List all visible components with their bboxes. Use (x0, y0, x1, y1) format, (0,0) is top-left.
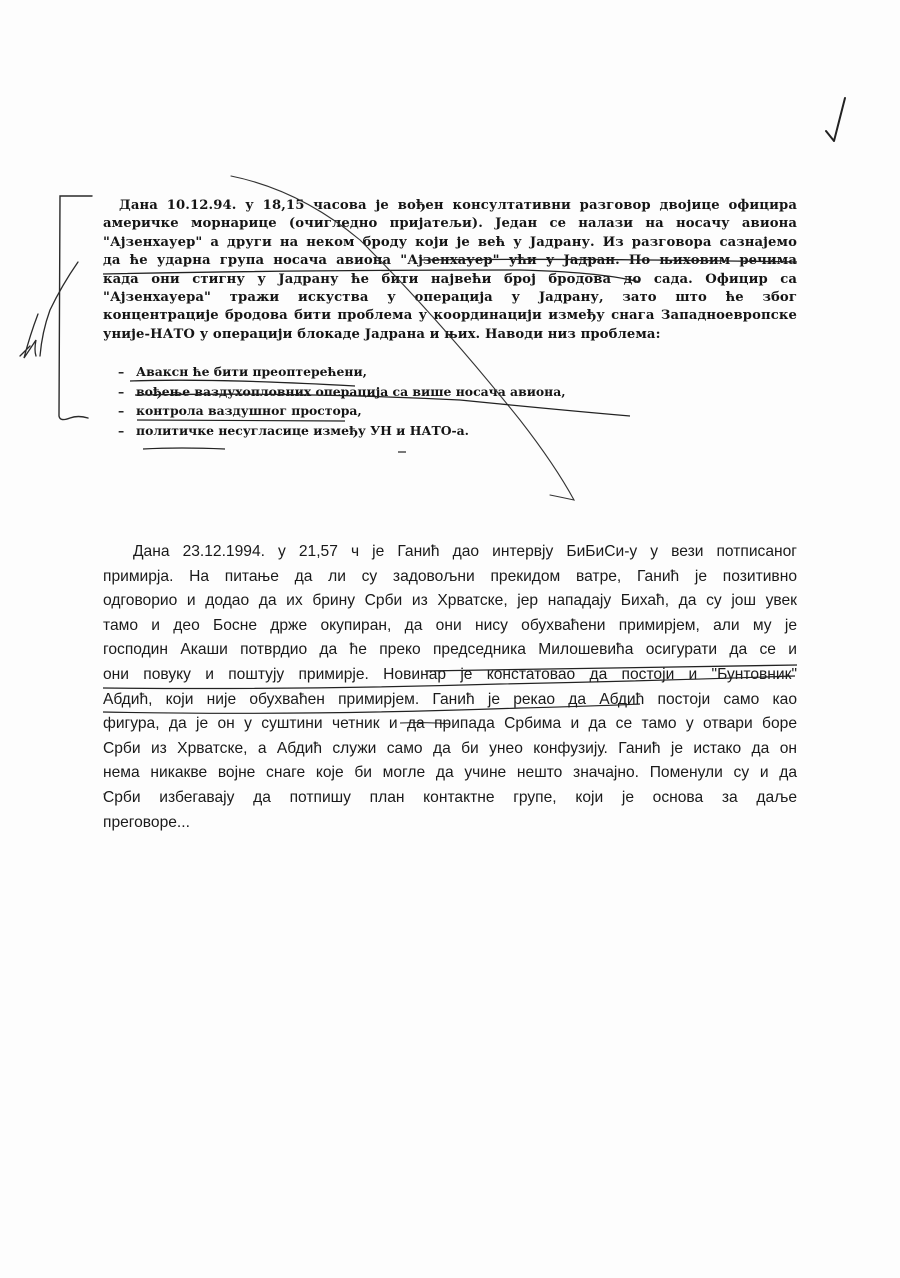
intercept-report-section-1: Дана 10.12.94. у 18,15 часова је вођен к… (103, 197, 797, 344)
text-line: Дана 10.12.94. у 18,15 часова је вођен к… (103, 197, 797, 215)
underline-mark (143, 448, 225, 449)
problems-list: –Аваксн ће бити преоптерећени, –вођење в… (118, 362, 738, 440)
text-line: концентрације бродова бити проблема у ко… (103, 307, 797, 325)
text-line: примирја. На питање да ли су задовољни п… (103, 565, 797, 590)
problem-text: политичке несугласице између УН и НАТО-а… (136, 423, 469, 438)
margin-signature-icon (20, 262, 78, 358)
problem-item: –Аваксн ће бити преоптерећени, (118, 362, 738, 382)
list-dash: – (118, 362, 136, 382)
problem-item: –вођење ваздухопловних операција са више… (118, 382, 738, 402)
problem-text: Аваксн ће бити преоптерећени, (136, 364, 367, 379)
text-line: преговоре... (103, 811, 797, 836)
problem-text: вођење ваздухопловних операција са више … (136, 384, 566, 399)
list-dash: – (118, 401, 136, 421)
list-dash: – (118, 421, 136, 441)
text-line: уније-НАТО у операцији блокаде Јадрана и… (103, 326, 797, 344)
list-dash: – (118, 382, 136, 402)
problem-text: контрола ваздушног простора, (136, 403, 362, 418)
text-line: америчке морнарице (очигледно пријатељи)… (103, 215, 797, 233)
intercept-report-section-2: Дана 23.12.1994. у 21,57 ч је Ганић дао … (103, 540, 797, 835)
text-line: Дана 23.12.1994. у 21,57 ч је Ганић дао … (103, 540, 797, 565)
margin-bracket-icon (59, 196, 92, 420)
text-line: Абдић, који није обухваћен примирјем. Га… (103, 688, 797, 713)
text-line: нема никакве војне снаге које би могле д… (103, 761, 797, 786)
text-line: господин Акаши потврдио да ће преко пред… (103, 638, 797, 663)
text-line: тамо и део Босне држе окупиран, да они н… (103, 614, 797, 639)
text-line: да ће ударна група носача авиона "Ајзенх… (103, 252, 797, 270)
text-line: они повуку и поштују примирје. Новинар ј… (103, 663, 797, 688)
scanned-document-page: Дана 10.12.94. у 18,15 часова је вођен к… (0, 0, 900, 1278)
text-line: Срби из Хрватске, а Абдић служи само да … (103, 737, 797, 762)
text-line: када они стигну у Јадрану ће бити највећ… (103, 271, 797, 289)
problem-item: –политичке несугласице између УН и НАТО-… (118, 421, 738, 441)
text-line: "Ајзенхауера" тражи искуства у операција… (103, 289, 797, 307)
checkmark-icon (826, 98, 845, 141)
text-line: фигура, да је он у суштини четник и да п… (103, 712, 797, 737)
text-line: Срби избегавају да потпишу план контактн… (103, 786, 797, 811)
problem-item: –контрола ваздушног простора, (118, 401, 738, 421)
text-line: "Ајзенхауер" а други на неком броду који… (103, 234, 797, 252)
text-line: одговорио и додао да их брину Срби из Хр… (103, 589, 797, 614)
